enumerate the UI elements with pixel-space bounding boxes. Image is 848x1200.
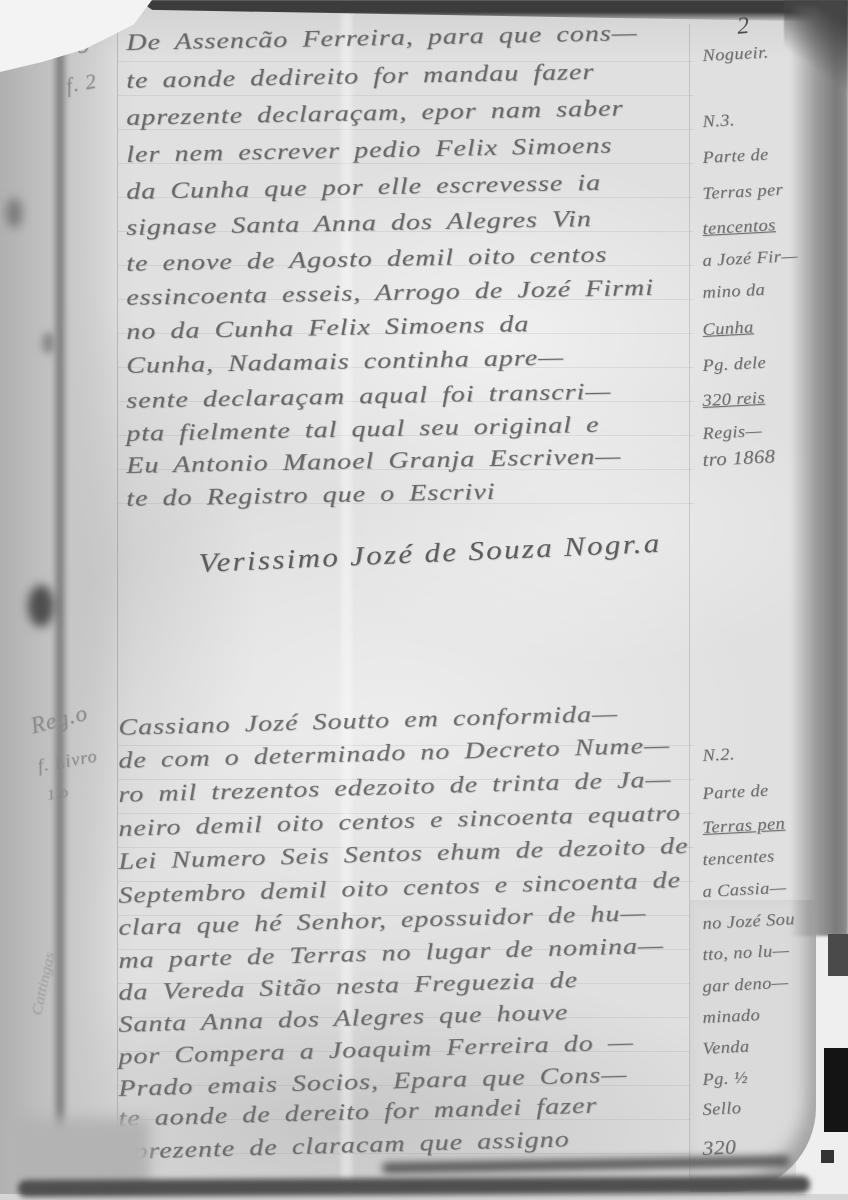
scan-artifact xyxy=(824,1048,848,1132)
registration-note: f. 2 xyxy=(64,69,99,99)
scan-artifact xyxy=(828,934,848,976)
margin-note: Terras per xyxy=(702,180,784,204)
ink-smudge xyxy=(42,332,55,354)
margin-note: mino da xyxy=(702,280,766,303)
margin-note: Venda xyxy=(702,1037,750,1059)
margin-note: Regis— xyxy=(702,421,763,444)
margin-note: tencentes xyxy=(702,846,775,870)
ink-smudge xyxy=(6,198,22,228)
margin-note: tro 1868 xyxy=(702,446,776,472)
margin-note: N.2. xyxy=(702,744,735,766)
margin-note: Nogueir. xyxy=(702,43,769,66)
margin-note: tencentos xyxy=(702,215,776,239)
margin-note: Cunha xyxy=(702,317,754,340)
binding-crease xyxy=(52,40,68,1190)
margin-note: N.3. xyxy=(702,110,735,132)
margin-note: Sello xyxy=(702,1098,742,1120)
right-edge-shadow xyxy=(790,6,848,936)
margin-note: 320 reis xyxy=(702,388,765,411)
top-right-corner-shadow xyxy=(784,0,848,115)
ink-smudge xyxy=(28,585,54,627)
margin-note: Pg. dele xyxy=(702,353,767,376)
document-scan: De Assencão Ferreira, para que cons—te a… xyxy=(0,0,848,1200)
margin-note: Pg. ½ xyxy=(702,1068,748,1090)
margin-note: Parte de xyxy=(702,145,769,168)
scan-artifact xyxy=(821,1150,834,1163)
margin-note: minado xyxy=(702,1005,761,1028)
margin-note: Parte de xyxy=(702,781,769,804)
